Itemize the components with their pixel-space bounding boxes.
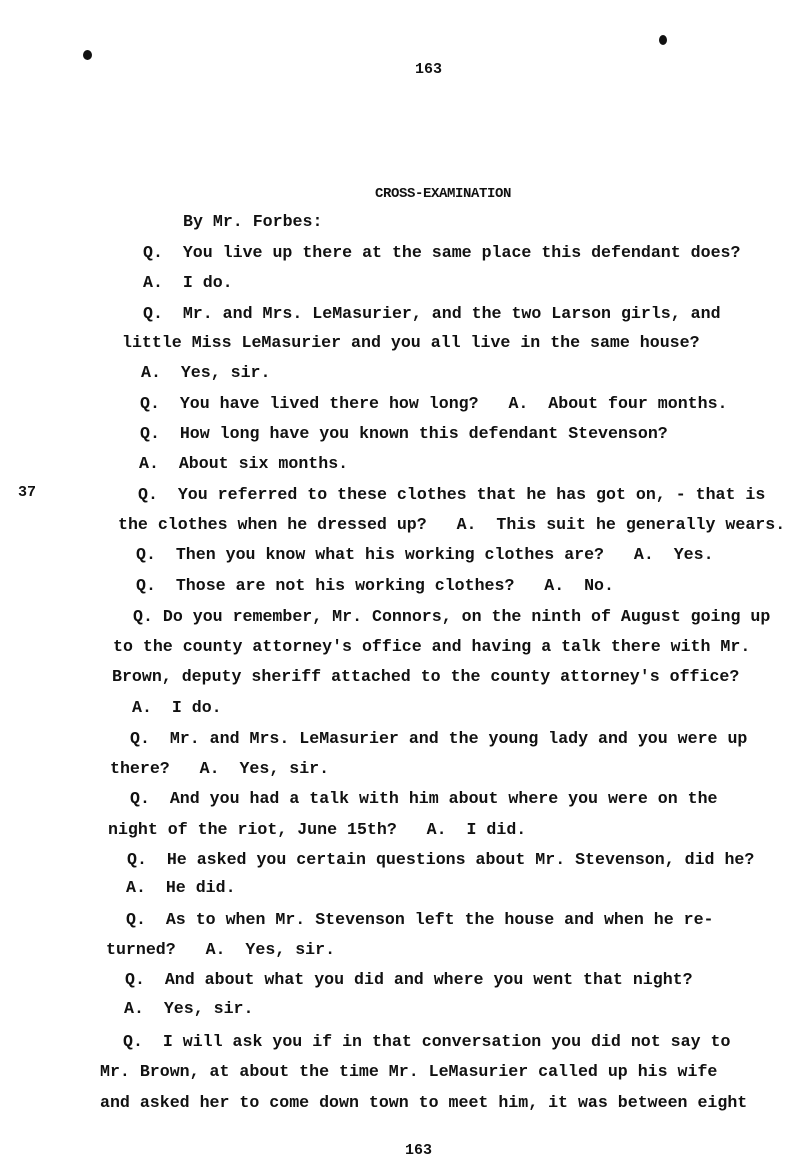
transcript-line: Q. You have lived there how long? A. Abo… [140, 395, 728, 413]
transcript-line: Q. Those are not his working clothes? A.… [136, 577, 614, 595]
transcript-page: 163 CROSS-EXAMINATION By Mr. Forbes: 37 … [0, 0, 800, 1171]
transcript-line: Q. As to when Mr. Stevenson left the hou… [126, 911, 714, 929]
transcript-line: A. I do. [132, 699, 222, 717]
transcript-line: A. I do. [143, 274, 233, 292]
transcript-line: turned? A. Yes, sir. [106, 941, 335, 959]
transcript-line: Q. And you had a talk with him about whe… [130, 790, 718, 808]
transcript-line: and asked her to come down town to meet … [100, 1094, 747, 1112]
margin-note: 37 [18, 484, 36, 502]
transcript-line: A. About six months. [139, 455, 348, 473]
ink-blot-top-right [659, 35, 667, 45]
transcript-line: the clothes when he dressed up? A. This … [118, 516, 785, 534]
transcript-line: Q. How long have you known this defendan… [140, 425, 668, 443]
transcript-line: Q. Mr. and Mrs. LeMasurier and the young… [130, 730, 747, 748]
transcript-line: night of the riot, June 15th? A. I did. [108, 821, 526, 839]
transcript-line: A. Yes, sir. [141, 364, 270, 382]
transcript-line: there? A. Yes, sir. [110, 760, 329, 778]
transcript-line: Q. You live up there at the same place t… [143, 244, 740, 262]
transcript-line: Q. Then you know what his working clothe… [136, 546, 714, 564]
section-heading: CROSS-EXAMINATION [375, 185, 511, 203]
transcript-line: A. He did. [126, 879, 236, 897]
transcript-line: Brown, deputy sheriff attached to the co… [112, 668, 739, 686]
transcript-line: Q. I will ask you if in that conversatio… [123, 1033, 730, 1051]
page-number-top: 163 [415, 61, 442, 79]
page-number-bottom: 163 [405, 1142, 432, 1160]
transcript-line: A. Yes, sir. [124, 1000, 253, 1018]
transcript-line: Q. Mr. and Mrs. LeMasurier, and the two … [143, 305, 721, 323]
transcript-line: to the county attorney's office and havi… [113, 638, 750, 656]
ink-blot-top-left [83, 50, 92, 60]
transcript-line: little Miss LeMasurier and you all live … [122, 334, 700, 352]
transcript-line: Q. Do you remember, Mr. Connors, on the … [133, 608, 770, 626]
transcript-line: Q. You referred to these clothes that he… [138, 486, 765, 504]
examiner-line: By Mr. Forbes: [183, 213, 322, 231]
transcript-line: Q. And about what you did and where you … [125, 971, 693, 989]
transcript-line: Q. He asked you certain questions about … [127, 851, 754, 869]
transcript-line: Mr. Brown, at about the time Mr. LeMasur… [100, 1063, 717, 1081]
